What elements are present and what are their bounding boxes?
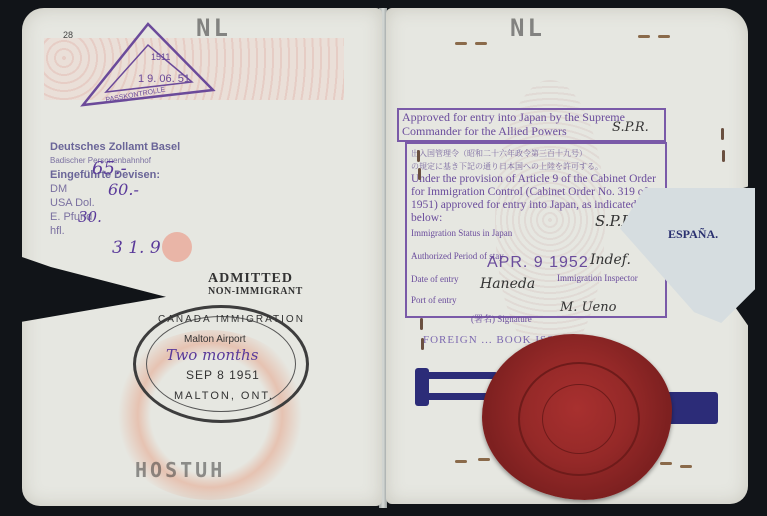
- inspector-signature: M. Ueno: [560, 300, 616, 315]
- port-label: Port of entry: [411, 294, 661, 307]
- admitted-line1: ADMITTED: [208, 272, 303, 285]
- handwritten-usd: 60.-: [108, 180, 139, 199]
- canada-handwritten-period: Two months: [166, 346, 258, 364]
- handwritten-date: 3 1. 9: [112, 238, 161, 258]
- customs-heading: Eingeführte Devisen:: [50, 168, 250, 182]
- red-wax-seal: [482, 334, 672, 500]
- svg-text:1511: 1511: [151, 52, 170, 62]
- staple: [455, 42, 467, 45]
- staple: [680, 465, 692, 468]
- germany-exit-stamp: 1511 1 9. 06. 51 PASSKONTROLLE: [78, 20, 218, 110]
- canada-location: Malton Airport: [184, 334, 246, 345]
- jp-text-2: の規定に基き下記の通り日本国への上陸を許可する。: [411, 160, 661, 173]
- handwritten-hfl: 30.: [78, 208, 102, 226]
- staple: [660, 462, 672, 465]
- canada-immigration-stamp: CANADA IMMIGRATION Malton Airport Two mo…: [133, 305, 309, 423]
- perforation-top-right: NL: [510, 14, 545, 42]
- port-value: Haneda: [480, 276, 535, 292]
- staple: [420, 318, 423, 330]
- entry-date: APR. 9 1952: [487, 256, 589, 269]
- staple: [475, 42, 487, 45]
- canada-date: SEP 8 1951: [186, 368, 260, 382]
- customs-title: Deutsches Zollamt Basel: [50, 140, 250, 154]
- customs-subtitle: Badischer Personenbahnhof: [50, 154, 250, 168]
- admitted-stamp: ADMITTED NON-IMMIGRANT: [208, 272, 303, 298]
- ribbon-cord: [418, 372, 498, 379]
- admitted-line2: NON-IMMIGRANT: [208, 285, 303, 298]
- staple: [455, 460, 467, 463]
- seal-inner-emblem: [542, 384, 616, 454]
- staple: [722, 150, 725, 162]
- staple: [638, 35, 650, 38]
- svg-text:1 9. 06. 51: 1 9. 06. 51: [138, 73, 190, 85]
- espana-stamp: ESPAÑA.: [668, 227, 718, 242]
- staple: [421, 338, 424, 350]
- ribbon-knot: [415, 368, 429, 406]
- canada-arc-top: CANADA IMMIGRATION: [158, 314, 305, 325]
- red-ink-blot: [162, 232, 192, 262]
- scap-initials: S.P.R.: [612, 120, 649, 135]
- field-dm: DM: [50, 182, 250, 196]
- staple: [478, 458, 490, 461]
- period-value: Indef.: [590, 252, 631, 268]
- staple: [418, 168, 421, 180]
- handwritten-dm: 65.-: [92, 158, 127, 179]
- field-hfl: hfl.: [50, 224, 250, 238]
- staple: [658, 35, 670, 38]
- jp-text-1: 出入国管理令（昭和二十六年政令第三百十九号）: [411, 147, 661, 160]
- canada-arc-bottom: MALTON, ONT.: [174, 390, 274, 402]
- signature-label: (署名) Signature: [411, 313, 661, 326]
- seal-emblem-ring: [518, 362, 640, 476]
- staple: [721, 128, 724, 140]
- perforation-bottom-left: HOSTUH: [135, 458, 225, 482]
- page-number: 28: [63, 30, 73, 40]
- staple: [417, 150, 420, 162]
- inspector-label: Immigration Inspector: [557, 272, 638, 285]
